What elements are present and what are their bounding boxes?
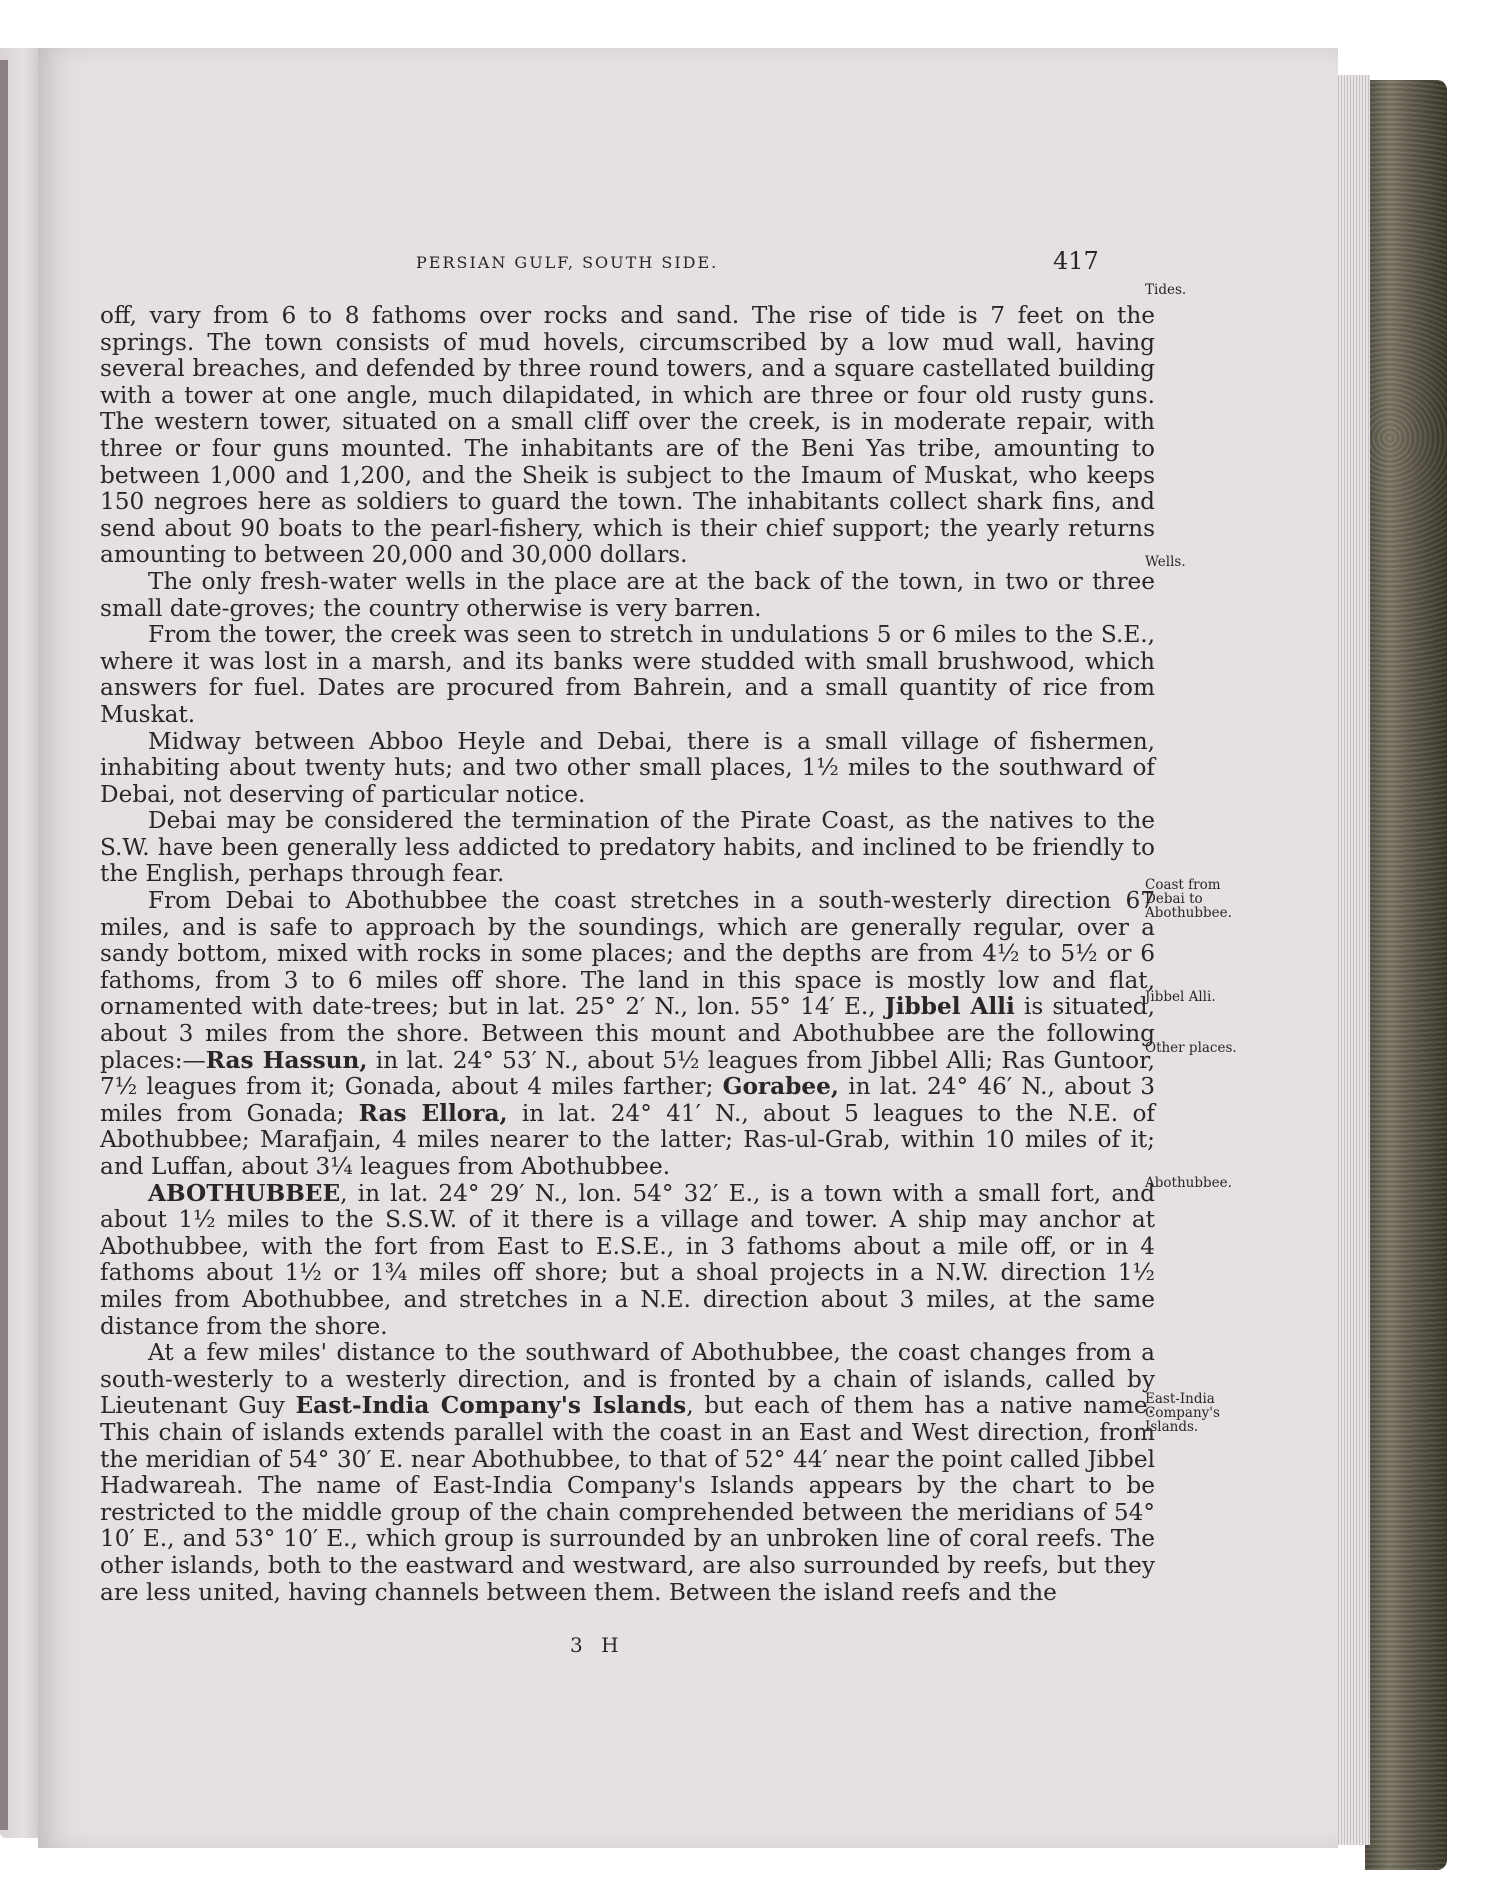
paragraph: off, vary from 6 to 8 fathoms over rocks… (100, 303, 1155, 569)
marginal-note: Wells. (1145, 555, 1255, 569)
body-text: off, vary from 6 to 8 fathoms over rocks… (100, 303, 1155, 1606)
page-header: PERSIAN GULF, SOUTH SIDE. 417 (38, 253, 1338, 283)
paragraph: From Debai to Abothubbee the coast stret… (100, 888, 1155, 1181)
marginal-note: Other places. (1145, 1041, 1255, 1055)
marginal-note: Abothubbee. (1145, 1176, 1255, 1190)
left-page-shadow (0, 60, 8, 1830)
paragraph: Midway between Abboo Heyle and Debai, th… (100, 729, 1155, 809)
page-number: 417 (1053, 247, 1099, 275)
marginal-note: Tides. (1145, 283, 1255, 297)
paragraph: From the tower, the creek was seen to st… (100, 622, 1155, 728)
paragraph: The only fresh-water wells in the place … (100, 569, 1155, 622)
book-cover (1365, 80, 1447, 1870)
book-page: PERSIAN GULF, SOUTH SIDE. 417 off, vary … (38, 48, 1338, 1848)
paragraph: At a few miles' distance to the southwar… (100, 1340, 1155, 1606)
marginal-note: East-India Company's Islands. (1145, 1392, 1255, 1434)
paragraph: Debai may be considered the termination … (100, 808, 1155, 888)
paragraph: ABOTHUBBEE, in lat. 24° 29′ N., lon. 54°… (100, 1181, 1155, 1341)
marginal-note: Coast from Debai to Abothubbee. (1145, 878, 1255, 920)
marginal-note: Jibbel Alli. (1145, 990, 1255, 1004)
running-head: PERSIAN GULF, SOUTH SIDE. (416, 253, 718, 272)
signature-mark: 3 H (570, 1633, 625, 1657)
